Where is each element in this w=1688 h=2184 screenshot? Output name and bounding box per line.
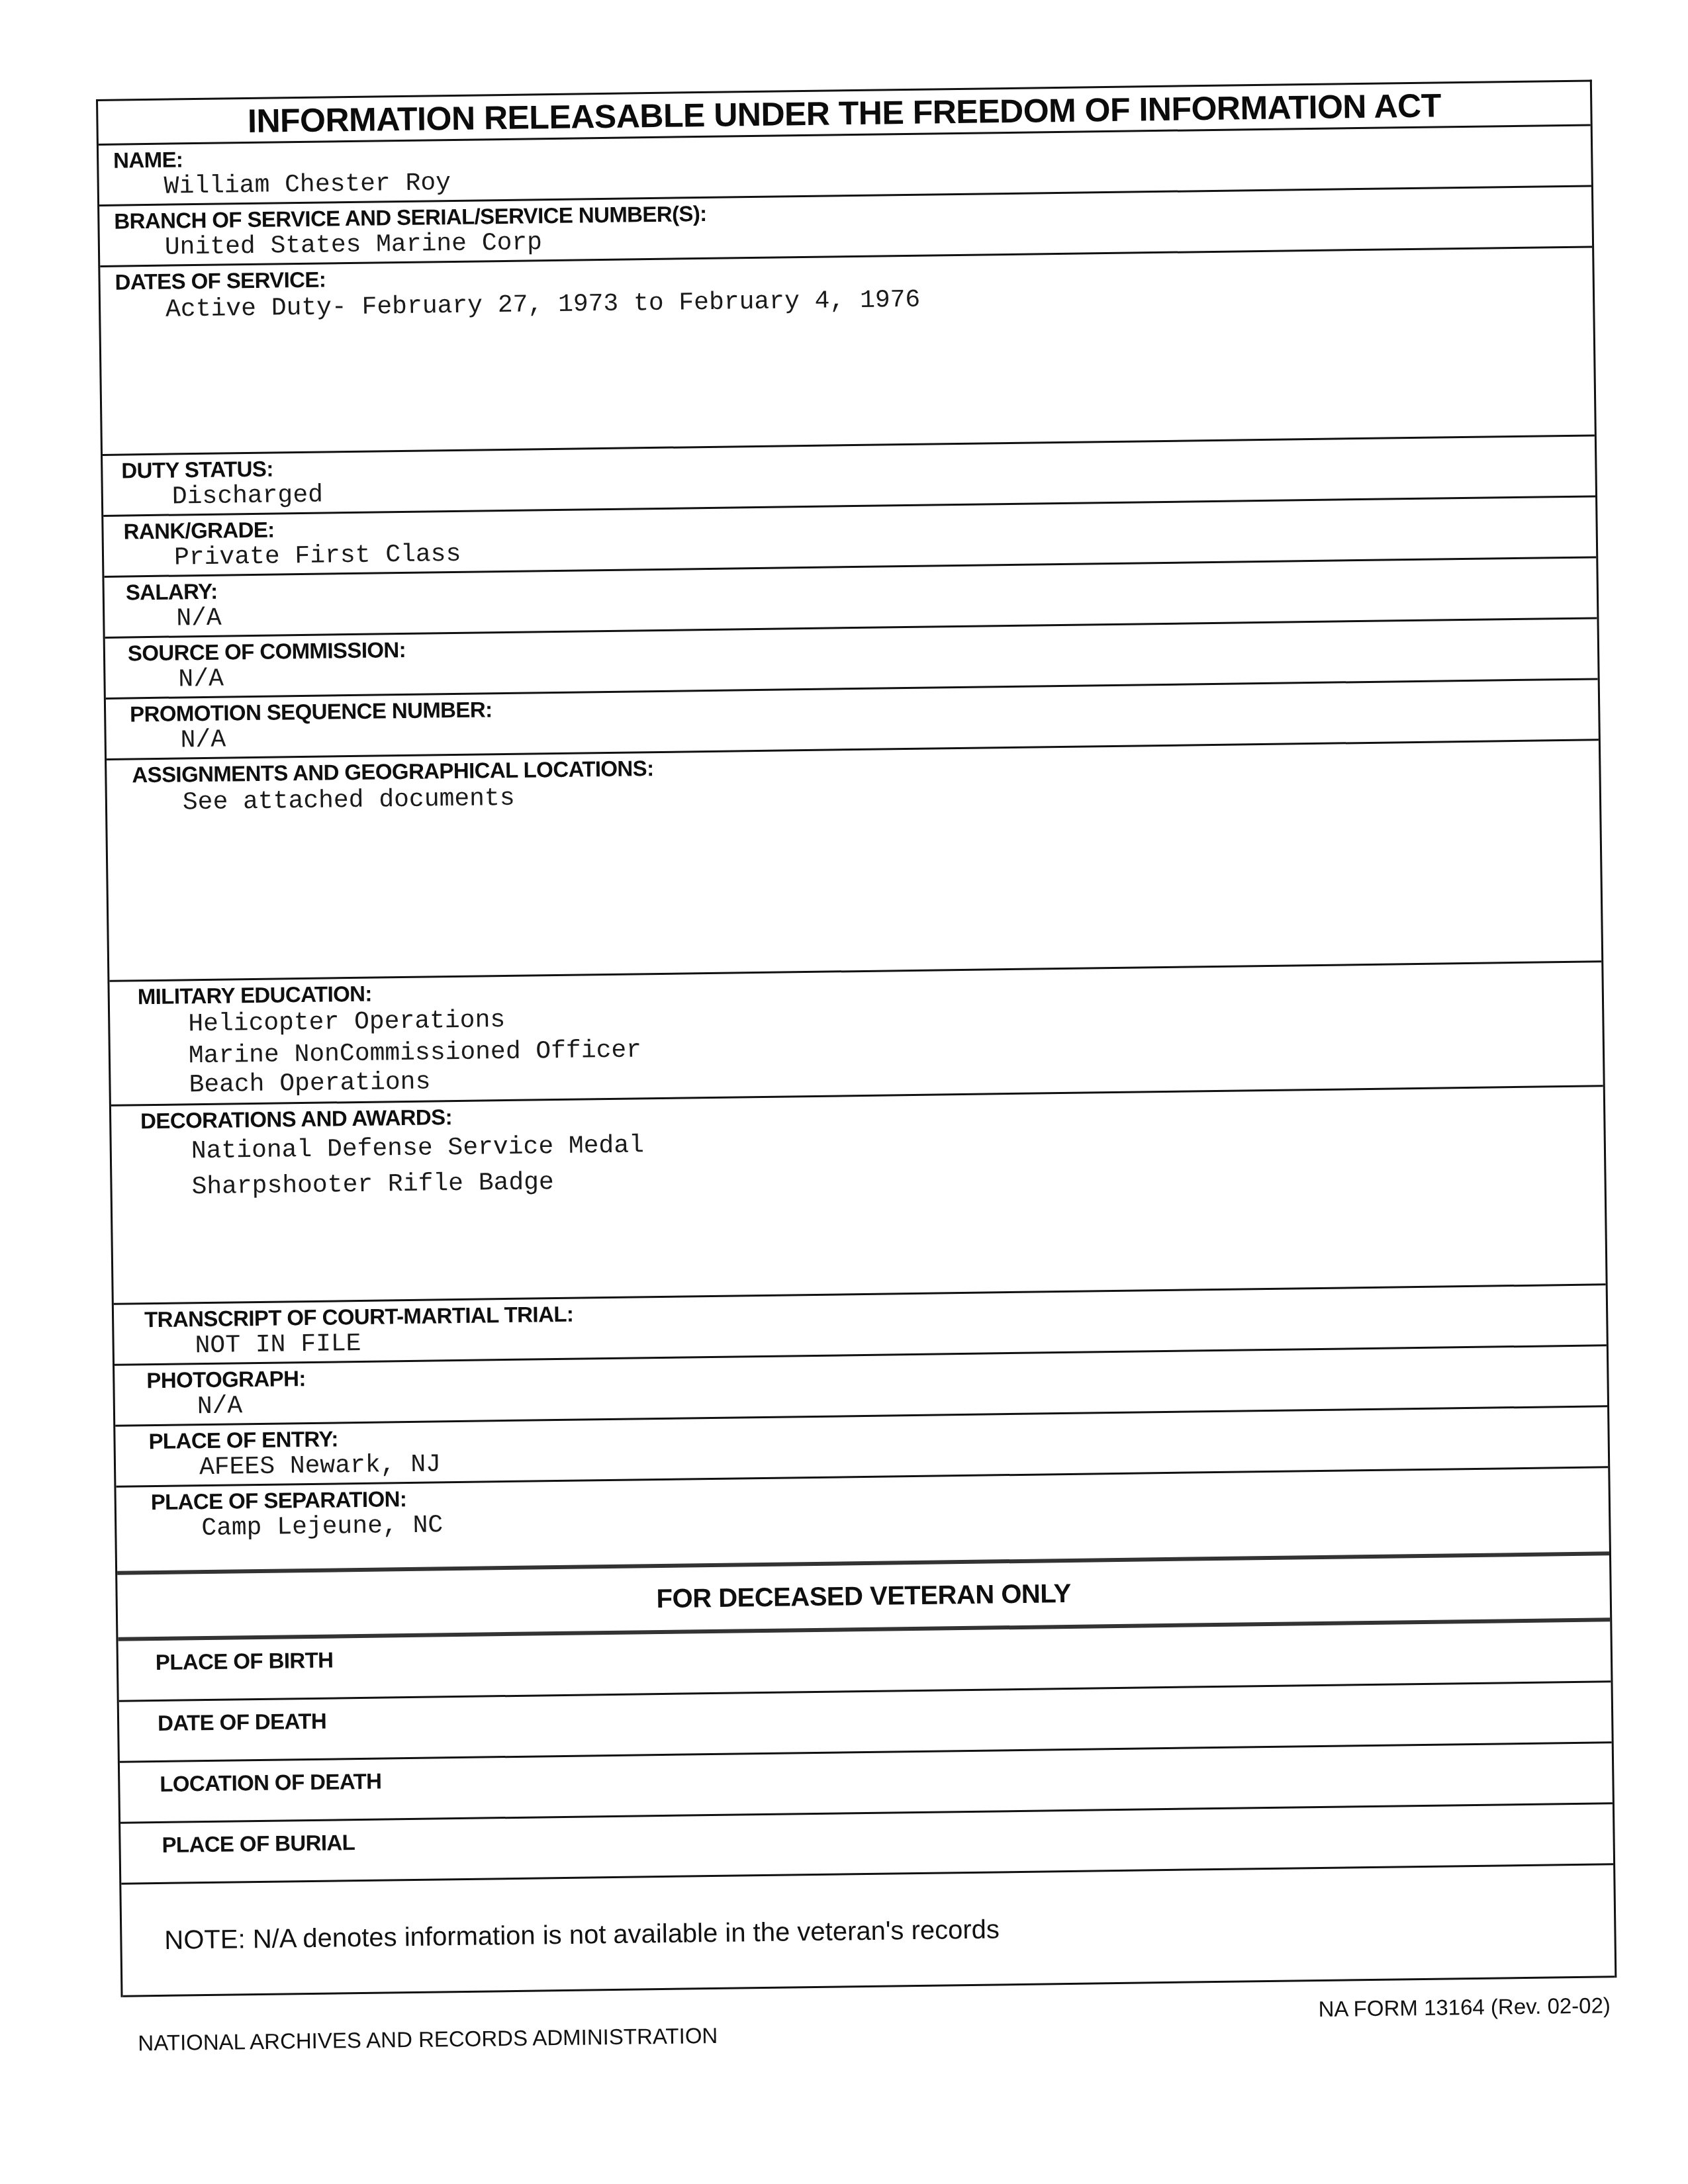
scanned-page: INFORMATION RELEASABLE UNDER THE FREEDOM…: [96, 79, 1617, 2051]
form-footer: NATIONAL ARCHIVES AND RECORDS ADMINISTRA…: [121, 1995, 1617, 2015]
field-military-education: MILITARY EDUCATION: Helicopter Operation…: [109, 962, 1603, 1106]
field-decorations: DECORATIONS AND AWARDS: National Defense…: [111, 1087, 1606, 1304]
field-dates-of-service: DATES OF SERVICE: Active Duty- February …: [100, 248, 1595, 455]
form-number: NA FORM 13164 (Rev. 02-02): [1318, 1993, 1611, 2022]
foia-form: INFORMATION RELEASABLE UNDER THE FREEDOM…: [96, 79, 1617, 1997]
field-assignments: ASSIGNMENTS AND GEOGRAPHICAL LOCATIONS: …: [107, 741, 1601, 981]
note-row: NOTE: N/A denotes information is not ava…: [121, 1865, 1615, 1997]
note-text: NOTE: N/A denotes information is not ava…: [121, 1865, 1615, 1997]
agency-name: NATIONAL ARCHIVES AND RECORDS ADMINISTRA…: [138, 2023, 718, 2056]
